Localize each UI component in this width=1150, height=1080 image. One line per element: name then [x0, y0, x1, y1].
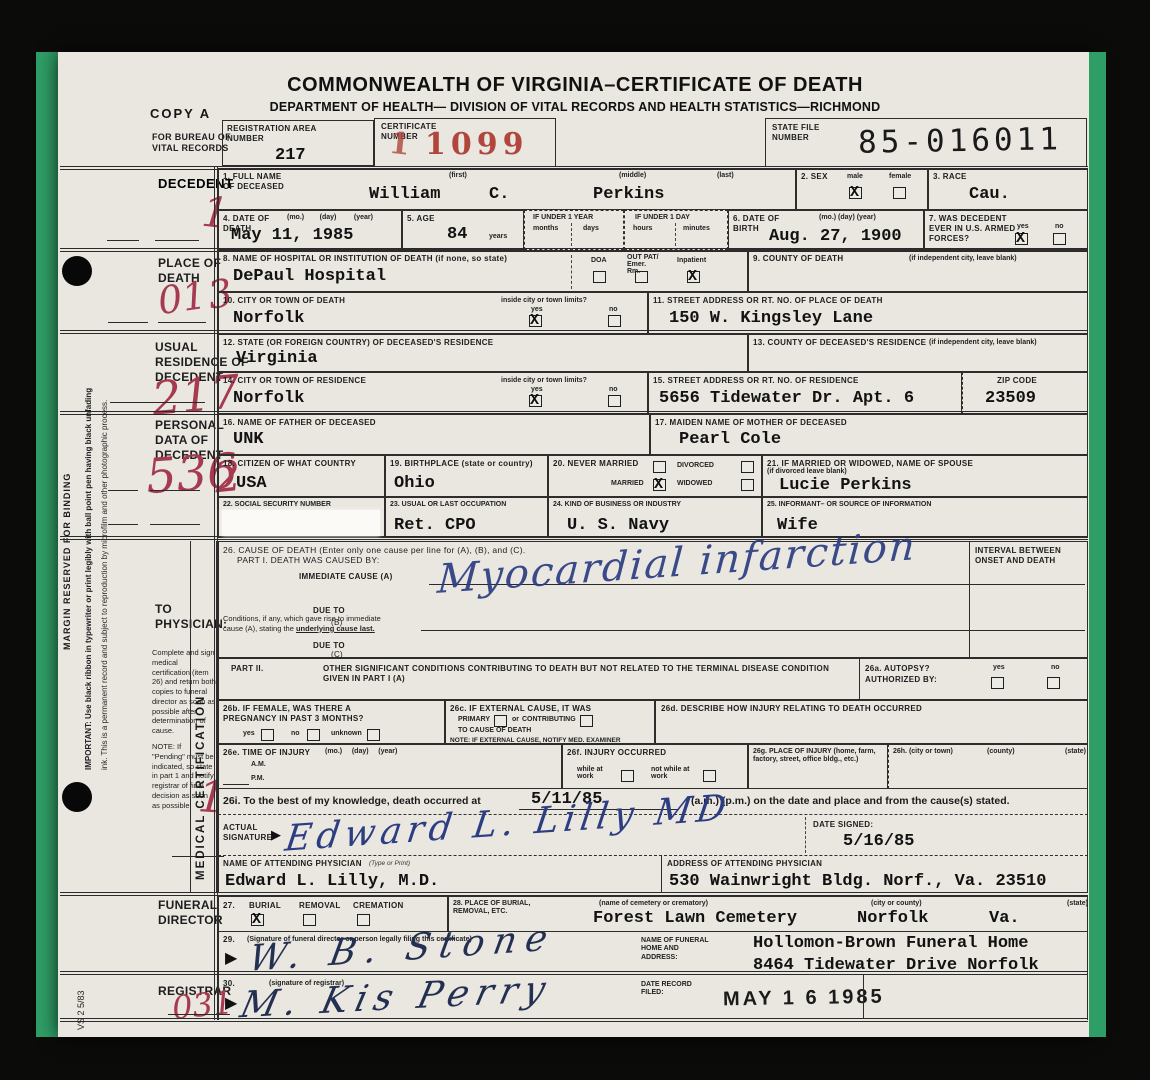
- never-married-label: 20. NEVER MARRIED: [553, 459, 639, 469]
- funeral-home-label: NAME OF FUNERAL HOME AND ADDRESS:: [641, 937, 711, 962]
- cemetery-name-label: (name of cemetery or crematory): [599, 900, 708, 907]
- pregnancy-no-checkbox: [307, 729, 320, 741]
- external-cause-label: 26c. IF EXTERNAL CAUSE, IT WAS: [450, 704, 591, 714]
- county-of-death-label: 9. COUNTY OF DEATH: [753, 254, 843, 264]
- important-note-line1: IMPORTANT: Use black ribbon in typewrite…: [84, 295, 93, 770]
- field-armed-forces: 7. WAS DECEDENT EVER IN U.S. ARMED FORCE…: [924, 210, 1088, 250]
- physician-address-value: 530 Wainwright Bldg. Norf., Va. 23510: [669, 872, 1046, 891]
- street-of-residence-value: 5656 Tidewater Dr. Apt. 6: [659, 389, 914, 408]
- field-county-of-death: 9. COUNTY OF DEATH (if independent city,…: [748, 250, 1088, 292]
- field-pregnancy: 26b. IF FEMALE, WAS THERE A PREGNANCY IN…: [218, 700, 445, 744]
- divorced-label: DIVORCED: [677, 462, 714, 469]
- binding-margin-label: MARGIN RESERVED FOR BINDING: [62, 430, 72, 650]
- field-spouse: 21. IF MARRIED OR WIDOWED, NAME OF SPOUS…: [762, 455, 1088, 497]
- injury-city-label: 26h. (city or town): [893, 748, 953, 756]
- city-limits-yes-checkbox: [529, 315, 542, 327]
- father-value: UNK: [233, 430, 264, 449]
- field-age: 5. AGE 84 years: [402, 210, 524, 250]
- registrar-signature-handwriting: M. Kis Perry: [236, 969, 556, 1027]
- field-cause-of-death: 26. CAUSE OF DEATH (Enter only one cause…: [218, 541, 1088, 658]
- field-under-1-day: IF UNDER 1 DAY hours minutes: [624, 210, 728, 250]
- date-of-birth-value: Aug. 27, 1900: [769, 227, 902, 246]
- field-industry: 24. KIND OF BUSINESS OR INDUSTRY U. S. N…: [548, 497, 762, 538]
- removal-label: REMOVAL: [299, 901, 341, 911]
- funeral-home-line2: 8464 Tidewater Drive Norfolk: [753, 956, 1039, 975]
- married-checkbox: [653, 479, 666, 491]
- citizen-label: 18. CITIZEN OF WHAT COUNTRY: [223, 459, 373, 469]
- disposition-number: 27.: [223, 901, 235, 911]
- street-of-residence-label: 15. STREET ADDRESS OR RT. NO. OF RESIDEN…: [653, 376, 859, 386]
- field-county-of-residence: 13. COUNTY OF DECEASED'S RESIDENCE (if i…: [748, 334, 1088, 372]
- under-1-day-hours: hours: [633, 225, 652, 232]
- injury-state-label: (state): [1065, 748, 1086, 756]
- field-date-of-birth: 6. DATE OF BIRTH (mo.) (day) (year) Aug.…: [728, 210, 924, 250]
- under-1-year-months: months: [533, 225, 558, 232]
- injury-at-work-checkbox: [621, 770, 634, 782]
- director-number: 29.: [223, 935, 235, 945]
- field-occupation: 23. USUAL OR LAST OCCUPATION Ret. CPO: [385, 497, 548, 538]
- field-state-of-residence: 12. STATE (OR FOREIGN COUNTRY) OF DECEAS…: [218, 334, 748, 372]
- cemetery-state-value: Va.: [989, 909, 1020, 928]
- armed-forces-no-label: no: [1055, 223, 1064, 230]
- industry-value: U. S. Navy: [567, 516, 669, 535]
- field-street-of-death: 11. STREET ADDRESS OR RT. NO. OF PLACE O…: [648, 292, 1088, 334]
- field-injury-time: 26e. TIME OF INJURY (mo.) (day) (year) A…: [218, 744, 562, 789]
- field-city-of-residence: 14. CITY OR TOWN OF RESIDENCE Norfolk in…: [218, 372, 648, 414]
- pregnancy-no-label: no: [291, 730, 300, 737]
- external-primary-label: PRIMARY: [458, 716, 490, 723]
- field-funeral-director-signature: 29. (Signature of funeral director or pe…: [218, 932, 1088, 975]
- never-married-checkbox: [653, 461, 666, 473]
- occupation-label: 23. USUAL OR LAST OCCUPATION: [390, 501, 545, 509]
- field-full-name: 1. FULL NAME OF DECEASED (first) (middle…: [218, 168, 796, 210]
- under-1-year-label: IF UNDER 1 YEAR: [533, 214, 593, 222]
- external-or-label: or: [512, 716, 519, 723]
- residence-limits-label: inside city or town limits?: [501, 377, 587, 385]
- field-hospital: 8. NAME OF HOSPITAL OR INSTITUTION OF DE…: [218, 250, 748, 292]
- statement-post-text: (a.m.) (p.m.) on the date and place and …: [691, 795, 1010, 807]
- removal-checkbox: [303, 914, 316, 926]
- field-external-cause: 26c. IF EXTERNAL CAUSE, IT WAS PRIMARY o…: [445, 700, 655, 744]
- city-of-residence-value: Norfolk: [233, 389, 304, 408]
- burial-checkbox: [251, 914, 264, 926]
- state-file-label: STATE FILE NUMBER: [772, 123, 832, 143]
- age-label: 5. AGE: [407, 214, 435, 224]
- injury-occurred-label: 26f. INJURY OCCURRED: [567, 748, 666, 758]
- armed-forces-label: 7. WAS DECEDENT EVER IN U.S. ARMED FORCE…: [929, 214, 1019, 244]
- field-actual-signature: ACTUAL SIGNATURE ▶ Edward L. Lilly MD DA…: [218, 815, 1088, 855]
- field-ssn: 22. SOCIAL SECURITY NUMBER: [218, 497, 385, 538]
- date-filed-stamp: MAY 1 6 1985: [723, 986, 885, 1012]
- field-marital-status: 20. NEVER MARRIED DIVORCED MARRIED WIDOW…: [548, 455, 762, 497]
- green-binding-left: [36, 52, 60, 1037]
- mother-value: Pearl Cole: [679, 430, 781, 449]
- under-1-day-minutes: minutes: [683, 225, 710, 232]
- hospital-value: DePaul Hospital: [233, 267, 386, 286]
- certificate-title: COMMONWEALTH OF VIRGINIA–CERTIFICATE OF …: [60, 74, 1090, 97]
- outpatient-checkbox: [635, 271, 648, 283]
- city-of-death-value: Norfolk: [233, 309, 304, 328]
- copy-label: COPY A: [150, 106, 211, 121]
- cremation-checkbox: [357, 914, 370, 926]
- autopsy-no-label: no: [1051, 664, 1060, 671]
- name-first-value: William: [369, 185, 440, 204]
- spouse-note: (if divorced leave blank): [767, 468, 847, 475]
- street-of-death-value: 150 W. Kingsley Lane: [669, 309, 873, 328]
- cemetery-city-value: Norfolk: [857, 909, 928, 928]
- field-father: 16. NAME OF FATHER OF DECEASED UNK: [218, 414, 650, 455]
- field-part2: PART II. OTHER SIGNIFICANT CONDITIONS CO…: [218, 658, 1088, 700]
- field-registrar-signature: 30. (signature of registrar) ▶ M. Kis Pe…: [218, 975, 1088, 1020]
- street-of-death-label: 11. STREET ADDRESS OR RT. NO. OF PLACE O…: [653, 296, 883, 306]
- physician-name-label: NAME OF ATTENDING PHYSICIAN: [223, 859, 362, 869]
- field-city-of-death: 10. CITY OR TOWN OF DEATH Norfolk inside…: [218, 292, 648, 334]
- citizen-value: USA: [236, 474, 267, 493]
- registrar-arrow-icon: ▶: [225, 993, 237, 1013]
- full-name-label: 1. FULL NAME OF DECEASED: [223, 172, 293, 192]
- autopsy-no-checkbox: [1047, 677, 1060, 689]
- external-contributing-checkbox: [580, 715, 593, 727]
- divorced-checkbox: [741, 461, 754, 473]
- important-note-line2: ink. This is a permanent record and subj…: [100, 295, 109, 770]
- date-of-death-sublabels: (mo.) (day) (year): [287, 214, 373, 221]
- pregnancy-label: 26b. IF FEMALE, WAS THERE A PREGNANCY IN…: [223, 704, 403, 724]
- external-to-label: TO CAUSE OF DEATH: [458, 727, 531, 734]
- field-zip: ZIP CODE 23509: [962, 372, 1088, 414]
- green-binding-right: [1089, 52, 1106, 1037]
- widowed-label: WIDOWED: [677, 480, 712, 487]
- residence-limits-no-checkbox: [608, 395, 621, 407]
- field-race: 3. RACE Cau.: [928, 168, 1088, 210]
- field-date-of-death: 4. DATE OF DEATH (mo.) (day) (year) May …: [218, 210, 402, 250]
- under-1-year-days: days: [583, 225, 599, 232]
- injury-time-label: 26e. TIME OF INJURY: [223, 748, 310, 758]
- injury-not-at-work-checkbox: [703, 770, 716, 782]
- conditions-underlined-text: underlying cause last.: [296, 624, 375, 633]
- external-note: NOTE: IF EXTERNAL CAUSE, NOTIFY MED. EXA…: [450, 737, 621, 744]
- married-label: MARRIED: [611, 480, 644, 487]
- field-injury-occurred: 26f. INJURY OCCURRED while at work not w…: [562, 744, 748, 789]
- actual-signature-label: ACTUAL SIGNATURE: [223, 823, 271, 843]
- autopsy-authorized-label: AUTHORIZED BY:: [865, 675, 937, 685]
- cemetery-state-label: (state): [1067, 900, 1088, 907]
- sex-male-label: male: [847, 173, 863, 180]
- race-value: Cau.: [969, 185, 1010, 204]
- certificate-number-value: 1099: [425, 127, 529, 162]
- state-file-box: STATE FILE NUMBER 85-016011: [765, 118, 1087, 167]
- ssn-redaction: [222, 510, 380, 536]
- director-arrow-icon: ▶: [225, 948, 237, 968]
- pregnancy-unknown-checkbox: [367, 729, 380, 741]
- industry-label: 24. KIND OF BUSINESS OR INDUSTRY: [553, 501, 681, 509]
- doa-label: DOA: [591, 257, 607, 264]
- under-1-day-label: IF UNDER 1 DAY: [635, 214, 690, 222]
- funeral-home-line1: Hollomon-Brown Funeral Home: [753, 934, 1028, 953]
- field-injury-place: 26g. PLACE OF INJURY (home, farm, factor…: [748, 744, 888, 789]
- date-filed-label: DATE RECORD FILED:: [641, 981, 701, 998]
- residence-limits-no-label: no: [609, 386, 618, 393]
- date-of-death-value: May 11, 1985: [231, 226, 353, 245]
- middle-label: (middle): [619, 172, 646, 179]
- cemetery-value: Forest Lawn Cemetery: [593, 909, 797, 928]
- burial-label: BURIAL: [249, 901, 281, 911]
- registrar-number: 30.: [223, 979, 235, 989]
- widowed-checkbox: [741, 479, 754, 491]
- mother-label: 17. MAIDEN NAME OF MOTHER OF DECEASED: [655, 418, 847, 428]
- cremation-label: CREMATION: [353, 901, 404, 911]
- name-last-value: Perkins: [593, 185, 664, 204]
- zip-value: 23509: [985, 389, 1036, 408]
- birthplace-label: 19. BIRTHPLACE (state or country): [390, 459, 540, 469]
- sex-label: 2. SEX: [801, 172, 828, 182]
- occupation-value: Ret. CPO: [394, 516, 476, 535]
- signature-arrow-icon: ▶: [271, 827, 281, 843]
- city-of-death-label: 10. CITY OR TOWN OF DEATH: [223, 296, 345, 306]
- injury-time-am-label: A.M.: [251, 761, 266, 768]
- armed-forces-yes-checkbox: [1015, 233, 1028, 245]
- certificate-subtitle: DEPARTMENT OF HEALTH— DIVISION OF VITAL …: [60, 100, 1090, 114]
- informant-label: 25. INFORMANT– OR SOURCE OF INFORMATION: [767, 501, 931, 509]
- part2-label: PART II.: [231, 664, 263, 674]
- county-of-death-note: (if independent city, leave blank): [909, 255, 1017, 262]
- certificate-number-prefix: 1: [387, 126, 416, 164]
- county-of-residence-label: 13. COUNTY OF DECEASED'S RESIDENCE: [753, 338, 926, 348]
- physician-name-value: Edward L. Lilly, M.D.: [225, 872, 439, 891]
- last-label: (last): [717, 172, 734, 179]
- state-of-residence-label: 12. STATE (OR FOREIGN COUNTRY) OF DECEAS…: [223, 338, 493, 348]
- armed-forces-no-checkbox: [1053, 233, 1066, 245]
- hole-punch-bottom: [62, 782, 92, 812]
- registration-area-value: 217: [275, 146, 373, 165]
- scanned-death-certificate: COMMONWEALTH OF VIRGINIA–CERTIFICATE OF …: [0, 0, 1150, 1080]
- field-street-of-residence: 15. STREET ADDRESS OR RT. NO. OF RESIDEN…: [648, 372, 962, 414]
- residence-limits-yes-checkbox: [529, 395, 542, 407]
- race-label: 3. RACE: [933, 172, 967, 182]
- field-under-1-year: IF UNDER 1 YEAR months days: [524, 210, 624, 250]
- physician-address-label: ADDRESS OF ATTENDING PHYSICIAN: [667, 859, 822, 869]
- state-file-value: 85-016011: [858, 121, 1063, 161]
- spouse-value: Lucie Perkins: [779, 476, 912, 495]
- interval-label: INTERVAL BETWEEN ONSET AND DEATH: [975, 546, 1087, 566]
- field-citizen: 18. CITIZEN OF WHAT COUNTRY USA: [218, 455, 385, 497]
- county-of-residence-note: (if independent city, leave blank): [929, 339, 1037, 346]
- city-limits-label: inside city or town limits?: [501, 297, 587, 305]
- immediate-cause-label: IMMEDIATE CAUSE (A): [299, 572, 393, 582]
- hospital-label: 8. NAME OF HOSPITAL OR INSTITUTION OF DE…: [223, 254, 507, 264]
- part2-text: OTHER SIGNIFICANT CONDITIONS CONTRIBUTIN…: [323, 664, 843, 684]
- date-signed-label: DATE SIGNED:: [813, 820, 873, 830]
- cause-part1-label: PART I. DEATH WAS CAUSED BY:: [237, 555, 380, 566]
- armed-forces-yes-label: yes: [1017, 223, 1029, 230]
- sex-female-label: female: [889, 173, 911, 180]
- injury-place-label: 26g. PLACE OF INJURY (home, farm, factor…: [753, 748, 881, 765]
- injury-time-sublabels: (mo.) (day) (year): [325, 748, 397, 755]
- father-label: 16. NAME OF FATHER OF DECEASED: [223, 418, 376, 428]
- sex-male-checkbox: [849, 187, 862, 199]
- cemetery-city-label: (city or county): [871, 900, 922, 907]
- injury-county-label: (county): [987, 748, 1015, 756]
- state-of-residence-value: Virginia: [236, 349, 318, 368]
- pregnancy-yes-label: yes: [243, 730, 255, 737]
- autopsy-yes-label: yes: [993, 664, 1005, 671]
- pregnancy-yes-checkbox: [261, 729, 274, 741]
- margin-place-code-a: 01: [155, 273, 209, 323]
- doa-checkbox: [593, 271, 606, 283]
- date-of-birth-sublabels: (mo.) (day) (year): [819, 214, 876, 221]
- inpatient-checkbox: [687, 271, 700, 283]
- hole-punch-top: [62, 256, 92, 286]
- registration-area-box: REGISTRATION AREA NUMBER 217: [222, 120, 374, 166]
- cause-conditions-note: Conditions, if any, which gave rise to i…: [223, 614, 381, 634]
- injury-time-pm-label: P.M.: [251, 775, 265, 782]
- injury-at-work-label: while at work: [577, 766, 613, 780]
- ssn-label: 22. SOCIAL SECURITY NUMBER: [223, 501, 373, 509]
- zip-label: ZIP CODE: [997, 376, 1037, 386]
- external-contributing-label: CONTRIBUTING: [522, 716, 576, 723]
- external-primary-checkbox: [494, 715, 507, 727]
- sex-female-checkbox: [893, 187, 906, 199]
- birthplace-value: Ohio: [394, 474, 435, 493]
- injury-description-label: 26d. DESCRIBE HOW INJURY RELATING TO DEA…: [661, 704, 922, 714]
- field-sex: 2. SEX male female: [796, 168, 928, 210]
- field-birthplace: 19. BIRTHPLACE (state or country) Ohio: [385, 455, 548, 497]
- autopsy-yes-checkbox: [991, 677, 1004, 689]
- date-signed-value: 5/16/85: [843, 832, 914, 851]
- autopsy-label: 26a. AUTOPSY?: [865, 664, 930, 674]
- city-of-residence-label: 14. CITY OR TOWN OF RESIDENCE: [223, 376, 366, 386]
- field-injury-city: 26h. (city or town) (county) (state): [888, 744, 1088, 789]
- place-of-burial-label: 28. PLACE OF BURIAL, REMOVAL, ETC.: [453, 900, 533, 917]
- first-label: (first): [449, 172, 467, 179]
- city-limits-no-label: no: [609, 306, 618, 313]
- city-limits-no-checkbox: [608, 315, 621, 327]
- age-unit-label: years: [489, 233, 507, 240]
- inpatient-label: Inpatient: [677, 257, 706, 264]
- field-attending-physician: NAME OF ATTENDING PHYSICIAN (Type or Pri…: [218, 855, 1088, 893]
- field-injury-description: 26d. DESCRIBE HOW INJURY RELATING TO DEA…: [655, 700, 1088, 744]
- pregnancy-unknown-label: unknown: [331, 730, 362, 737]
- medical-side-label: MEDICAL CERTIFICATION: [195, 560, 207, 880]
- certificate-number-box: CERTIFICATE NUMBER 1 1099: [374, 118, 556, 167]
- age-value: 84: [447, 225, 467, 244]
- statement-pre-text: 26i. To the best of my knowledge, death …: [223, 795, 481, 807]
- name-middle-value: C.: [489, 185, 509, 204]
- physician-type-or-print: (Type or Print): [369, 860, 410, 867]
- registration-area-label: REGISTRATION AREA NUMBER: [227, 124, 317, 144]
- injury-not-at-work-label: not while at work: [651, 766, 695, 780]
- field-mother: 17. MAIDEN NAME OF MOTHER OF DECEASED Pe…: [650, 414, 1088, 455]
